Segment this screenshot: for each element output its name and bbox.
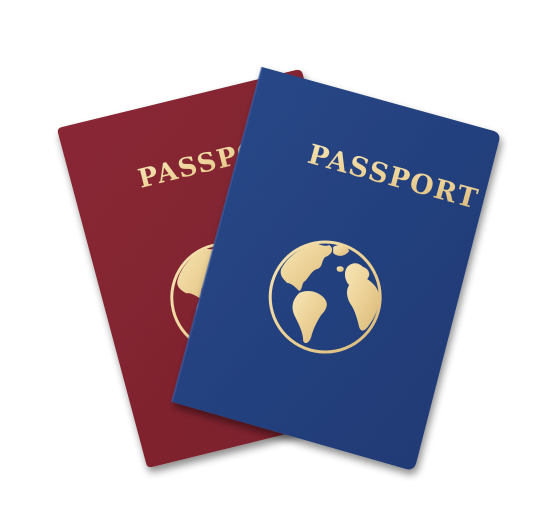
passports-illustration: PASSPORT PASSPORT [0,0,549,529]
